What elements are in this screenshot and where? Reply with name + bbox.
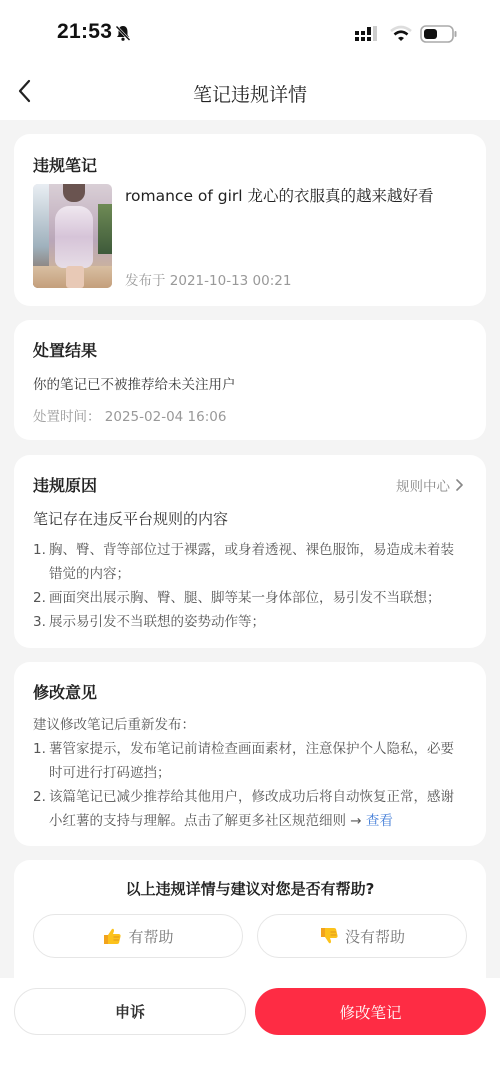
page-title: 笔记违规详情 <box>0 80 500 107</box>
violation-reason-card: 违规原因 规则中心 笔记存在违反平台规则的内容 1. 胸、臀、背等部位过于裸露，… <box>14 455 486 648</box>
section-title: 违规笔记 <box>33 153 467 176</box>
bell-slash-icon <box>114 24 132 42</box>
not-helpful-label: 没有帮助 <box>345 926 405 947</box>
chevron-right-icon <box>454 479 464 491</box>
list-item: 2. 该篇笔记已减少推荐给其他用户，修改成功后将自动恢复正常，感谢小红薯的支持与… <box>33 785 467 833</box>
suggestion-card: 修改意见 建议修改笔记后重新发布： 1. 薯管家提示，发布笔记前请检查画面素材，… <box>14 662 486 846</box>
view-rules-link[interactable]: 查看 <box>366 813 393 829</box>
helpful-button[interactable]: 有帮助 <box>33 914 243 958</box>
disposition-result-card: 处置结果 你的笔记已不被推荐给未关注用户 处置时间： 2025-02-04 16… <box>14 320 486 440</box>
publish-date: 发布于 2021-10-13 00:21 <box>125 269 291 289</box>
section-title: 修改意见 <box>33 680 467 703</box>
reason-list: 1. 胸、臀、背等部位过于裸露，或身着透视、裸色服饰，易造成未着装错觉的内容； … <box>33 538 467 634</box>
list-item: 1. 胸、臀、背等部位过于裸露，或身着透视、裸色服饰，易造成未着装错觉的内容； <box>33 538 467 586</box>
list-item: 3. 展示易引发不当联想的姿势动作等； <box>33 610 467 634</box>
suggestion-list: 1. 薯管家提示，发布笔记前请检查画面素材，注意保护个人隐私，必要时可进行打码遮… <box>33 737 467 833</box>
helpful-label: 有帮助 <box>128 926 173 947</box>
edit-note-button[interactable]: 修改笔记 <box>255 988 486 1035</box>
list-item: 1. 薯管家提示，发布笔记前请检查画面素材，注意保护个人隐私，必要时可进行打码遮… <box>33 737 467 785</box>
status-bar: 21:53 <box>0 0 500 60</box>
violation-detail-page: 21:53 笔记违规详情 违规笔记 <box>0 0 500 1084</box>
signal-icon <box>355 26 381 42</box>
note-thumbnail[interactable] <box>33 184 112 288</box>
rule-center-label: 规则中心 <box>396 475 450 495</box>
battery-icon <box>420 24 458 44</box>
status-time: 21:53 <box>57 20 112 44</box>
feedback-card: 以上违规详情与建议对您是否有帮助? 有帮助 没有帮助 <box>14 860 486 980</box>
wifi-icon <box>390 25 412 41</box>
thumbs-down-icon <box>319 926 339 946</box>
disposition-time: 处置时间： 2025-02-04 16:06 <box>33 405 467 425</box>
result-text: 你的笔记已不被推荐给未关注用户 <box>33 373 467 393</box>
violating-note-card: 违规笔记 romance of girl 龙心的衣服真的越来越好看 发布于 20… <box>14 134 486 306</box>
not-helpful-button[interactable]: 没有帮助 <box>257 914 467 958</box>
suggestion-intro: 建议修改笔记后重新发布： <box>33 713 467 737</box>
bottom-action-bar: 申诉 修改笔记 <box>0 978 500 1084</box>
reason-subtitle: 笔记存在违反平台规则的内容 <box>33 508 467 529</box>
note-title[interactable]: romance of girl 龙心的衣服真的越来越好看 <box>125 186 465 206</box>
feedback-question: 以上违规详情与建议对您是否有帮助? <box>14 878 486 899</box>
nav-bar: 笔记违规详情 <box>0 60 500 120</box>
thumbs-up-icon <box>102 926 122 946</box>
list-item: 2. 画面突出展示胸、臀、腿、脚等某一身体部位，易引发不当联想； <box>33 586 467 610</box>
rule-center-link[interactable]: 规则中心 <box>396 475 464 495</box>
appeal-button[interactable]: 申诉 <box>14 988 246 1035</box>
section-title: 处置结果 <box>33 338 467 361</box>
